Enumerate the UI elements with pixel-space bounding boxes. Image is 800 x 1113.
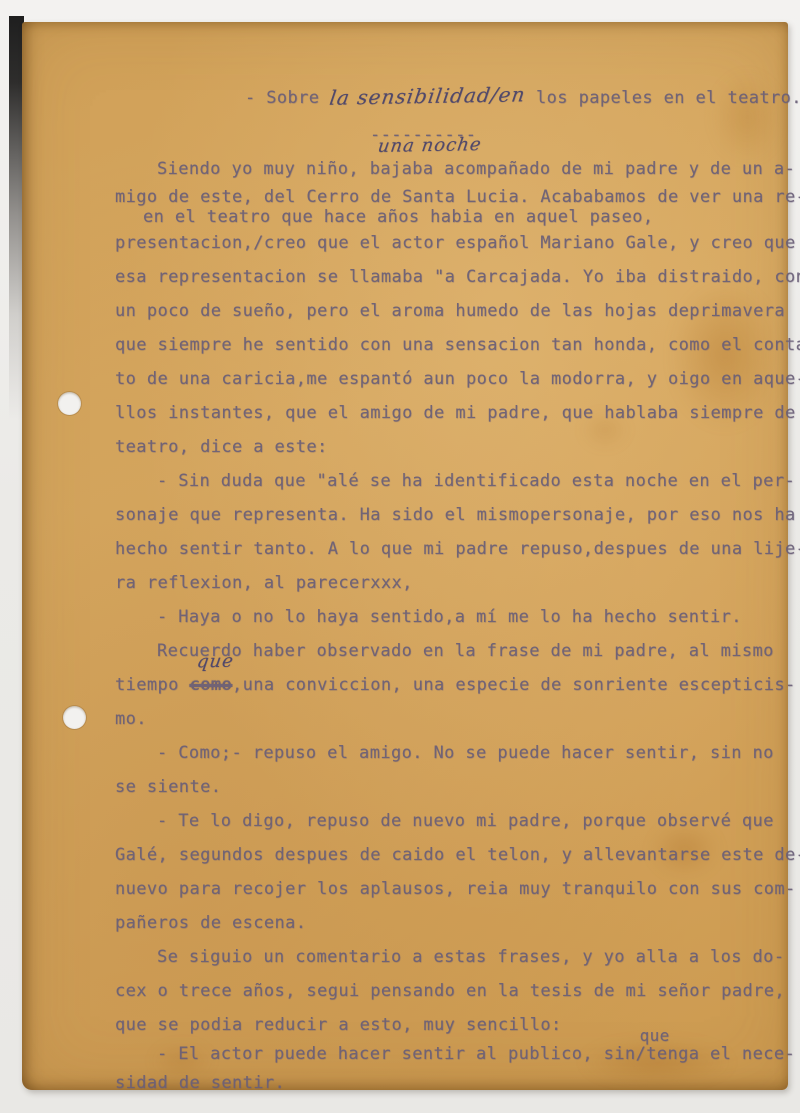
text-line: Siendo yo muy niño, una nochebajaba acom… <box>115 152 772 187</box>
punch-hole <box>63 706 86 729</box>
typed-text: /tenga <box>636 1044 700 1064</box>
typed-text: Siendo yo muy niño, <box>157 159 370 179</box>
text-line: se siente. <box>115 770 772 804</box>
typed-text: sonaje que representa. Ha sido el mismop… <box>115 505 796 525</box>
typed-text: Recuerdo haber observado en la frase de … <box>157 641 774 661</box>
text-line: un poco de sueño, pero el aroma humedo d… <box>115 294 772 328</box>
text-line: - Como;- repuso el amigo. No se puede ha… <box>115 736 772 770</box>
typed-text: migo de este, del Cerro de Santa Lucia. … <box>115 187 800 207</box>
typed-text: pañeros de escena. <box>115 913 306 933</box>
typed-text: en el teatro que hace años habia en aque… <box>143 207 653 227</box>
punch-hole <box>58 392 81 415</box>
typed-text: cex o trece años, segui pensando en la t… <box>115 981 785 1001</box>
text-line: - Sobre la sensibilidad/en los papeles e… <box>115 80 772 118</box>
typed-text: que se podia reducir a esto, muy sencill… <box>115 1015 562 1035</box>
typed-text: - Te lo digo, repuso de nuevo mi padre, … <box>157 811 774 831</box>
text-line: mo. <box>115 702 772 736</box>
text-line: migo de este, del Cerro de Santa Lucia. … <box>115 187 772 208</box>
typed-text: nuevo para recojer los aplausos, reia mu… <box>115 879 796 899</box>
typed-text: llos instantes, que el amigo de mi padre… <box>115 403 796 423</box>
text-line: teatro, dice a este: <box>115 430 772 464</box>
handwritten-annotation: la sensibilidad/en <box>328 78 528 113</box>
correction-stack: quecomo <box>189 668 232 702</box>
text-line: que siempre he sentido con una sensacion… <box>115 328 772 362</box>
typed-text: tiempo <box>115 675 189 695</box>
typed-text: el nece- <box>699 1044 795 1064</box>
typed-text: to de una caricia,me espantó aun poco la… <box>115 369 800 389</box>
typed-text: un poco de sueño, pero el aroma humedo d… <box>115 301 785 321</box>
typed-text: - El actor puede hacer sentir al publico… <box>157 1044 636 1064</box>
text-line: - Sin duda que "alé se ha identificado e… <box>115 464 772 498</box>
typed-text: Galé, segundos despues de caido el telon… <box>115 845 800 865</box>
text-line: nuevo para recojer los aplausos, reia mu… <box>115 872 772 906</box>
correction-stack: una nochebajaba acompañado <box>370 152 551 187</box>
text-line: llos instantes, que el amigo de mi padre… <box>115 396 772 430</box>
text-line: en el teatro que hace años habia en aque… <box>115 208 772 227</box>
text-line: sonaje que representa. Ha sido el mismop… <box>115 498 772 532</box>
text-line: tiempo quecomo,una conviccion, una espec… <box>115 668 772 702</box>
typed-text: que siempre he sentido con una sensacion… <box>115 335 800 355</box>
typed-text: presentacion,/creo que el actor español … <box>115 233 796 253</box>
text-line: sidad de sentir. <box>115 1066 772 1100</box>
typed-text: se siente. <box>115 777 221 797</box>
typed-text: - Sin duda que "alé se ha identificado e… <box>157 471 795 491</box>
typed-text: sidad de sentir. <box>115 1073 285 1093</box>
text-line: presentacion,/creo que el actor español … <box>115 227 772 260</box>
typed-text: Se siguio un comentario a estas frases, … <box>157 947 784 967</box>
text-line: hecho sentir tanto. A lo que mi padre re… <box>115 532 772 566</box>
text-line: Galé, segundos despues de caido el telon… <box>115 838 772 872</box>
typescript-page: - Sobre la sensibilidad/en los papeles e… <box>22 22 788 1090</box>
handwritten-annotation: una noche <box>376 136 482 156</box>
correction-stack: que/tenga <box>636 1042 700 1066</box>
typed-text: mo. <box>115 709 147 729</box>
typed-text: - Sobre <box>245 88 330 108</box>
typed-text: hecho sentir tanto. A lo que mi padre re… <box>115 539 800 559</box>
typed-text: los papeles en el teatro. <box>525 88 800 108</box>
text-line: - Haya o no lo haya sentido,a mí me lo h… <box>115 600 772 634</box>
typed-text: teatro, dice a este: <box>115 437 328 457</box>
handwritten-annotation: que <box>196 653 235 672</box>
text-line: que se podia reducir a esto, muy sencill… <box>115 1008 772 1042</box>
typed-text: de mi padre y de un a- <box>551 159 796 179</box>
text-line: ra reflexion, al parecerxxx, <box>115 566 772 600</box>
text-line: - Te lo digo, repuso de nuevo mi padre, … <box>115 804 772 838</box>
typed-text: ra reflexion, al parecerxxx, <box>115 573 413 593</box>
typed-text: - Como;- repuso el amigo. No se puede ha… <box>157 743 774 763</box>
struck-word: como <box>189 675 232 695</box>
text-line: to de una caricia,me espantó aun poco la… <box>115 362 772 396</box>
typed-text: ,una conviccion, una especie de sonrient… <box>232 675 796 695</box>
text-line: - El actor puede hacer sentir al publico… <box>115 1042 772 1066</box>
text-line: Se siguio un comentario a estas frases, … <box>115 940 772 974</box>
text-line: pañeros de escena. <box>115 906 772 940</box>
typed-text: - Haya o no lo haya sentido,a mí me lo h… <box>157 607 742 627</box>
text-line: esa representacion se llamaba "a Carcaja… <box>115 260 772 294</box>
typed-text: bajaba acompañado <box>370 159 551 179</box>
text-line: cex o trece años, segui pensando en la t… <box>115 974 772 1008</box>
typed-text: esa representacion se llamaba "a Carcaja… <box>115 267 800 287</box>
typed-text: que <box>640 1028 670 1044</box>
document-text: - Sobre la sensibilidad/en los papeles e… <box>115 80 772 1100</box>
